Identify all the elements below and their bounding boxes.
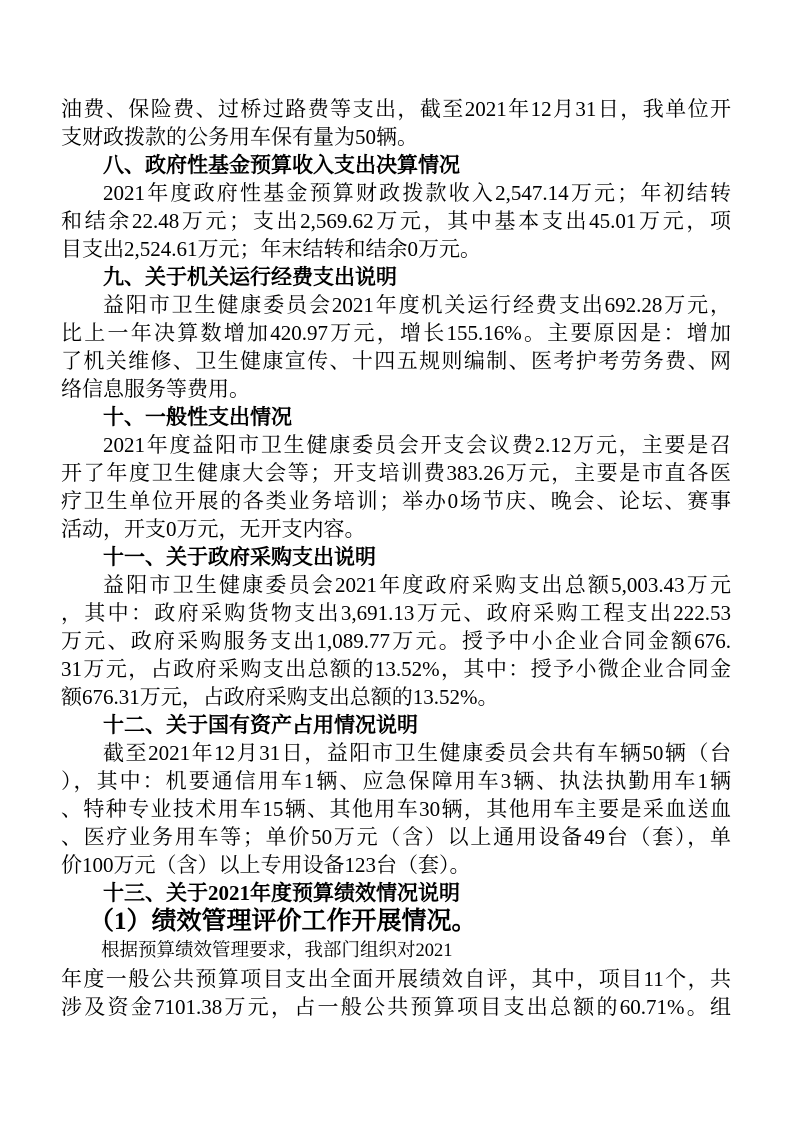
- section-heading-10: 十、一般性支出情况: [61, 403, 731, 431]
- text-line: 额676.31万元，占政府采购支出总额的13.52%。: [61, 683, 731, 711]
- section-heading-8: 八、政府性基金预算收入支出决算情况: [61, 151, 731, 179]
- section-heading-9: 九、关于机关运行经费支出说明: [61, 263, 731, 291]
- text-line: 、医疗业务用车等；单价50万元（含）以上通用设备49台（套），单: [61, 823, 731, 851]
- text-line: 价100万元（含）以上专用设备123台（套）。: [61, 851, 731, 879]
- text-line: ），其中：机要通信用车1辆、应急保障用车3辆、执法执勤用车1辆: [61, 767, 731, 795]
- text-line: 、特种专业技术用车15辆、其他用车30辆，其他用车主要是采血送血: [61, 795, 731, 823]
- text-line: 开了年度卫生健康大会等；开支培训费383.26万元，主要是市直各医: [61, 459, 731, 487]
- section-heading-11: 十一、关于政府采购支出说明: [61, 543, 731, 571]
- section-heading-13: 十三、关于2021年度预算绩效情况说明: [61, 879, 731, 907]
- text-line: 2021年度益阳市卫生健康委员会开支会议费2.12万元，主要是召: [61, 431, 731, 459]
- text-line: 年度一般公共预算项目支出全面开展绩效自评，其中，项目11个，共: [61, 965, 731, 993]
- text-line: 活动，开支0万元，无开支内容。: [61, 515, 731, 543]
- text-line: 益阳市卫生健康委员会2021年度政府采购支出总额5,003.43万元: [61, 571, 731, 599]
- text-line: 络信息服务等费用。: [61, 375, 731, 403]
- text-line: 支财政拨款的公务用车保有量为50辆。: [61, 123, 731, 151]
- text-line: 比上一年决算数增加420.97万元，增长155.16%。主要原因是：增加: [61, 319, 731, 347]
- text-line: 涉及资金7101.38万元，占一般公共预算项目支出总额的60.71%。组: [61, 993, 731, 1021]
- text-line: 2021年度政府性基金预算财政拨款收入2,547.14万元；年初结转: [61, 179, 731, 207]
- text-line: 了机关维修、卫生健康宣传、十四五规则编制、医考护考劳务费、网: [61, 347, 731, 375]
- section-heading-12: 十二、关于国有资产占用情况说明: [61, 711, 731, 739]
- text-line: 截至2021年12月31日，益阳市卫生健康委员会共有车辆50辆（台: [61, 739, 731, 767]
- text-line: ，其中：政府采购货物支出3,691.13万元、政府采购工程支出222.53: [61, 599, 731, 627]
- text-line: 31万元，占政府采购支出总额的13.52%，其中：授予小微企业合同金: [61, 655, 731, 683]
- text-line: 和结余22.48万元；支出2,569.62万元，其中基本支出45.01万元，项: [61, 207, 731, 235]
- text-line: 目支出2,524.61万元；年末结转和结余0万元。: [61, 235, 731, 263]
- text-line: 万元、政府采购服务支出1,089.77万元。授予中小企业合同金额676.: [61, 627, 731, 655]
- document-content: 油费、保险费、过桥过路费等支出，截至2021年12月31日，我单位开 支财政拨款…: [0, 0, 793, 1021]
- text-line: 油费、保险费、过桥过路费等支出，截至2021年12月31日，我单位开: [61, 95, 731, 123]
- text-line: 益阳市卫生健康委员会2021年度机关运行经费支出692.28万元，: [61, 291, 731, 319]
- subsection-heading: （1）绩效管理评价工作开展情况。: [61, 907, 731, 937]
- text-line: 疗卫生单位开展的各类业务培训；举办0场节庆、晚会、论坛、赛事: [61, 487, 731, 515]
- text-line: 根据预算绩效管理要求，我部门组织对2021: [61, 937, 731, 965]
- document-page: 油费、保险费、过桥过路费等支出，截至2021年12月31日，我单位开 支财政拨款…: [0, 0, 793, 1122]
